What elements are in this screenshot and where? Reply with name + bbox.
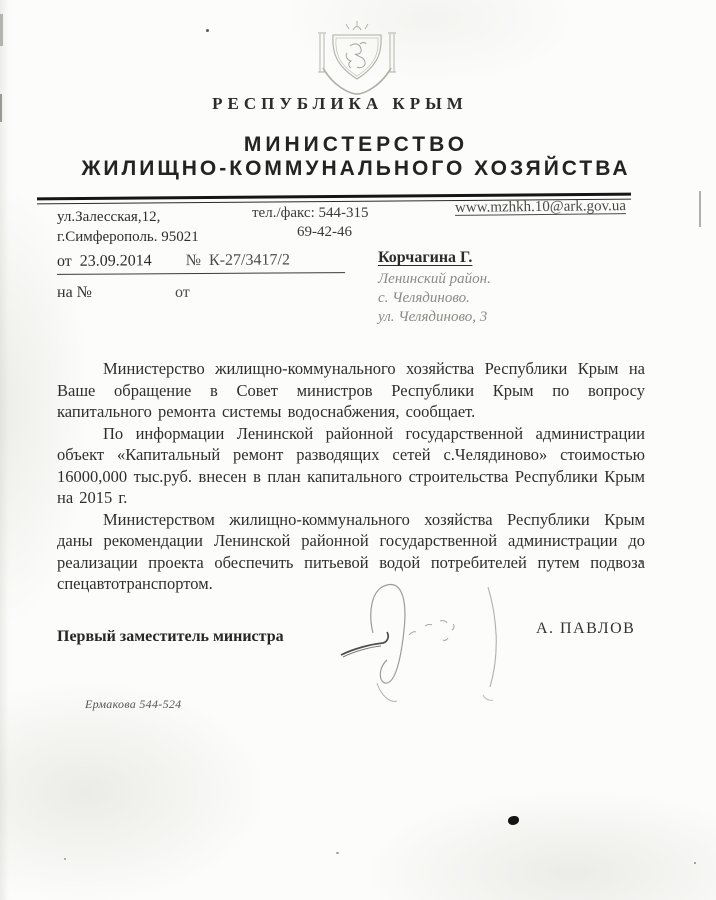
republic-title: РЕСПУБЛИКА КРЫМ	[0, 94, 680, 114]
recipient-name: Корчагина Г.	[378, 249, 491, 267]
letter-body: Министерство жилищно-коммунального хозяй…	[57, 358, 645, 595]
recipient-address-line: ул. Челядиново, 3	[378, 308, 491, 327]
sender-address: ул.Залесская,12, г.Симферополь. 95021	[57, 207, 199, 247]
scan-speckle	[699, 191, 701, 227]
scanned-letter-page: РЕСПУБЛИКА КРЫМ МИНИСТЕРСТВО ЖИЛИЩНО-КОМ…	[0, 0, 716, 900]
scan-speckle	[640, 560, 643, 563]
executor-note: Ермакова 544-524	[85, 697, 181, 712]
scan-speckle	[694, 862, 696, 864]
ref-number-value: К-27/3417/2	[209, 251, 290, 268]
signature-scribble-icon	[333, 575, 531, 717]
recipient-address-line: Ленинский район.	[378, 270, 491, 289]
phone-fax: тел./факс: 544-315	[252, 205, 368, 222]
signatory-position: Первый заместитель министра	[57, 628, 284, 646]
recipient-address-line: с. Челядиново.	[378, 289, 491, 308]
scan-speckle	[336, 852, 339, 854]
body-paragraph: По информации Ленинской районной государ…	[57, 423, 645, 509]
sender-address-line1: ул.Залесская,12,	[57, 207, 199, 227]
scan-speckle	[64, 858, 66, 860]
body-paragraph: Министерство жилищно-коммунального хозяй…	[57, 358, 645, 423]
ref-date-label: от	[57, 253, 72, 270]
scan-speckle	[206, 29, 209, 32]
recipient-block: Корчагина Г. Ленинский район. с. Челядин…	[378, 249, 491, 327]
signatory-name: А. ПАВЛОВ	[536, 620, 635, 638]
reply-ref-label: на №	[57, 284, 92, 302]
scan-speckle	[0, 14, 3, 46]
ref-date-value: 23.09.2014	[80, 252, 152, 269]
reply-from-label: от	[175, 284, 190, 302]
ministry-title-line1: МИНИСТЕРСТВО	[0, 133, 712, 157]
crimea-coat-of-arms-icon	[303, 20, 411, 98]
phone-secondary: 69-42-46	[297, 224, 352, 241]
ministry-title: МИНИСТЕРСТВО ЖИЛИЩНО-КОММУНАЛЬНОГО ХОЗЯЙ…	[0, 133, 712, 181]
scan-speckle	[508, 816, 519, 825]
sender-address-line2: г.Симферополь. 95021	[57, 227, 199, 247]
outgoing-reference: от 23.09.2014 № К-27/3417/2	[57, 251, 345, 275]
website-link: www.mzhkh.10@ark.gov.ua	[455, 198, 626, 217]
scan-speckle	[0, 94, 2, 122]
ministry-title-line2: ЖИЛИЩНО-КОММУНАЛЬНОГО ХОЗЯЙСТВА	[0, 157, 712, 181]
ref-number-label: №	[186, 252, 201, 269]
